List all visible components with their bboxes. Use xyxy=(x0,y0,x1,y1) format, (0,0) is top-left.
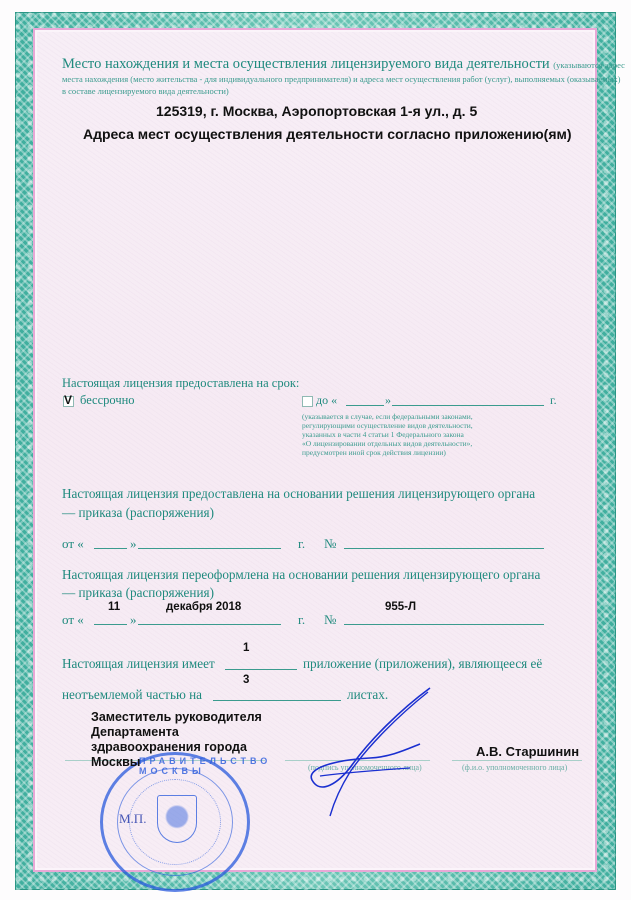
activity-addresses: Адреса мест осуществления деятельности с… xyxy=(83,126,572,142)
location-heading-text: Место нахождения и места осуществления л… xyxy=(62,56,550,72)
appendix-line1-prefix: Настоящая лицензия имеет xyxy=(62,656,215,672)
granted-from-mid: » xyxy=(130,536,137,552)
granted-year-suffix: г. xyxy=(298,536,305,552)
granted-date-field[interactable] xyxy=(138,548,281,549)
until-note-line: регулирующими осуществление видов деятел… xyxy=(302,421,473,430)
reissued-line2: — приказа (распоряжения) xyxy=(62,585,214,601)
moscow-coat-of-arms-icon xyxy=(157,795,197,843)
location-note-inline: (указываются адрес xyxy=(553,60,625,70)
until-note-line: «О лицензировании отдельных видов деятел… xyxy=(302,439,472,448)
until-day-field[interactable] xyxy=(346,405,384,406)
position-line-text: здравоохранения города xyxy=(91,740,262,755)
granted-day-field[interactable] xyxy=(94,548,127,549)
signatory-name: А.В. Старшинин xyxy=(476,744,579,759)
appendix-count-field[interactable] xyxy=(225,669,297,670)
reissued-day: 11 xyxy=(108,601,120,613)
until-mid: » xyxy=(385,393,391,408)
location-note-line3: в составе лицензируемого вида деятельнос… xyxy=(62,86,229,96)
until-note-line: предусмотрен иной срок действия лицензии… xyxy=(302,448,446,457)
reissued-year-suffix: г. xyxy=(298,612,305,628)
location-note-line2: места нахождения (место жительства - для… xyxy=(62,74,620,84)
reissued-from-prefix: от « xyxy=(62,612,84,628)
appendix-sheets: 3 xyxy=(243,674,249,686)
reissued-number-label: № xyxy=(324,612,336,628)
granted-from-prefix: от « xyxy=(62,536,84,552)
signatory-position: Заместитель руководителя Департамента зд… xyxy=(91,710,262,770)
granted-line2: — приказа (распоряжения) xyxy=(62,505,214,521)
reissued-date-field[interactable] xyxy=(138,624,281,625)
granted-number-field[interactable] xyxy=(344,548,544,549)
position-line-text: Департамента xyxy=(91,725,262,740)
name-caption: (ф.и.о. уполномоченного лица) xyxy=(462,763,567,772)
handwritten-signature xyxy=(290,680,460,820)
until-note-line: (указывается в случае, если федеральными… xyxy=(302,412,473,421)
reissued-number-field[interactable] xyxy=(344,624,544,625)
position-line-text: Москвы xyxy=(91,755,262,770)
checkmark-icon: V xyxy=(64,393,72,407)
reissued-line1: Настоящая лицензия переоформлена на осно… xyxy=(62,567,540,583)
license-address: 125319, г. Москва, Аэропортовская 1-я ул… xyxy=(156,103,477,119)
reissued-from-mid: » xyxy=(130,612,137,628)
until-date-field[interactable] xyxy=(392,405,544,406)
stamp-mp-mark: М.П. xyxy=(119,811,146,827)
official-stamp: М.П. ПРАВИТЕЛЬСТВО МОСКВЫ xyxy=(100,752,250,892)
granted-line1: Настоящая лицензия предоставлена на осно… xyxy=(62,486,535,502)
appendix-line2-prefix: неотъемлемой частью на xyxy=(62,687,202,703)
granted-number-label: № xyxy=(324,536,336,552)
until-checkbox[interactable] xyxy=(302,396,313,407)
location-heading: Место нахождения и места осуществления л… xyxy=(62,56,625,73)
until-suffix: г. xyxy=(550,393,557,408)
appendix-count: 1 xyxy=(243,642,249,654)
until-note-line: указанных в части 4 статьи 1 Федеральног… xyxy=(302,430,464,439)
appendix-line1-suffix: приложение (приложения), являющееся её xyxy=(303,656,542,672)
reissued-month-year: декабря 2018 xyxy=(166,601,241,613)
name-line xyxy=(452,760,582,761)
reissued-day-field[interactable] xyxy=(94,624,127,625)
position-line-text: Заместитель руководителя xyxy=(91,710,262,725)
term-label: Настоящая лицензия предоставлена на срок… xyxy=(62,376,299,391)
until-prefix: до « xyxy=(316,393,337,408)
indefinite-label: бессрочно xyxy=(80,393,135,408)
reissued-number: 955-Л xyxy=(385,601,416,613)
